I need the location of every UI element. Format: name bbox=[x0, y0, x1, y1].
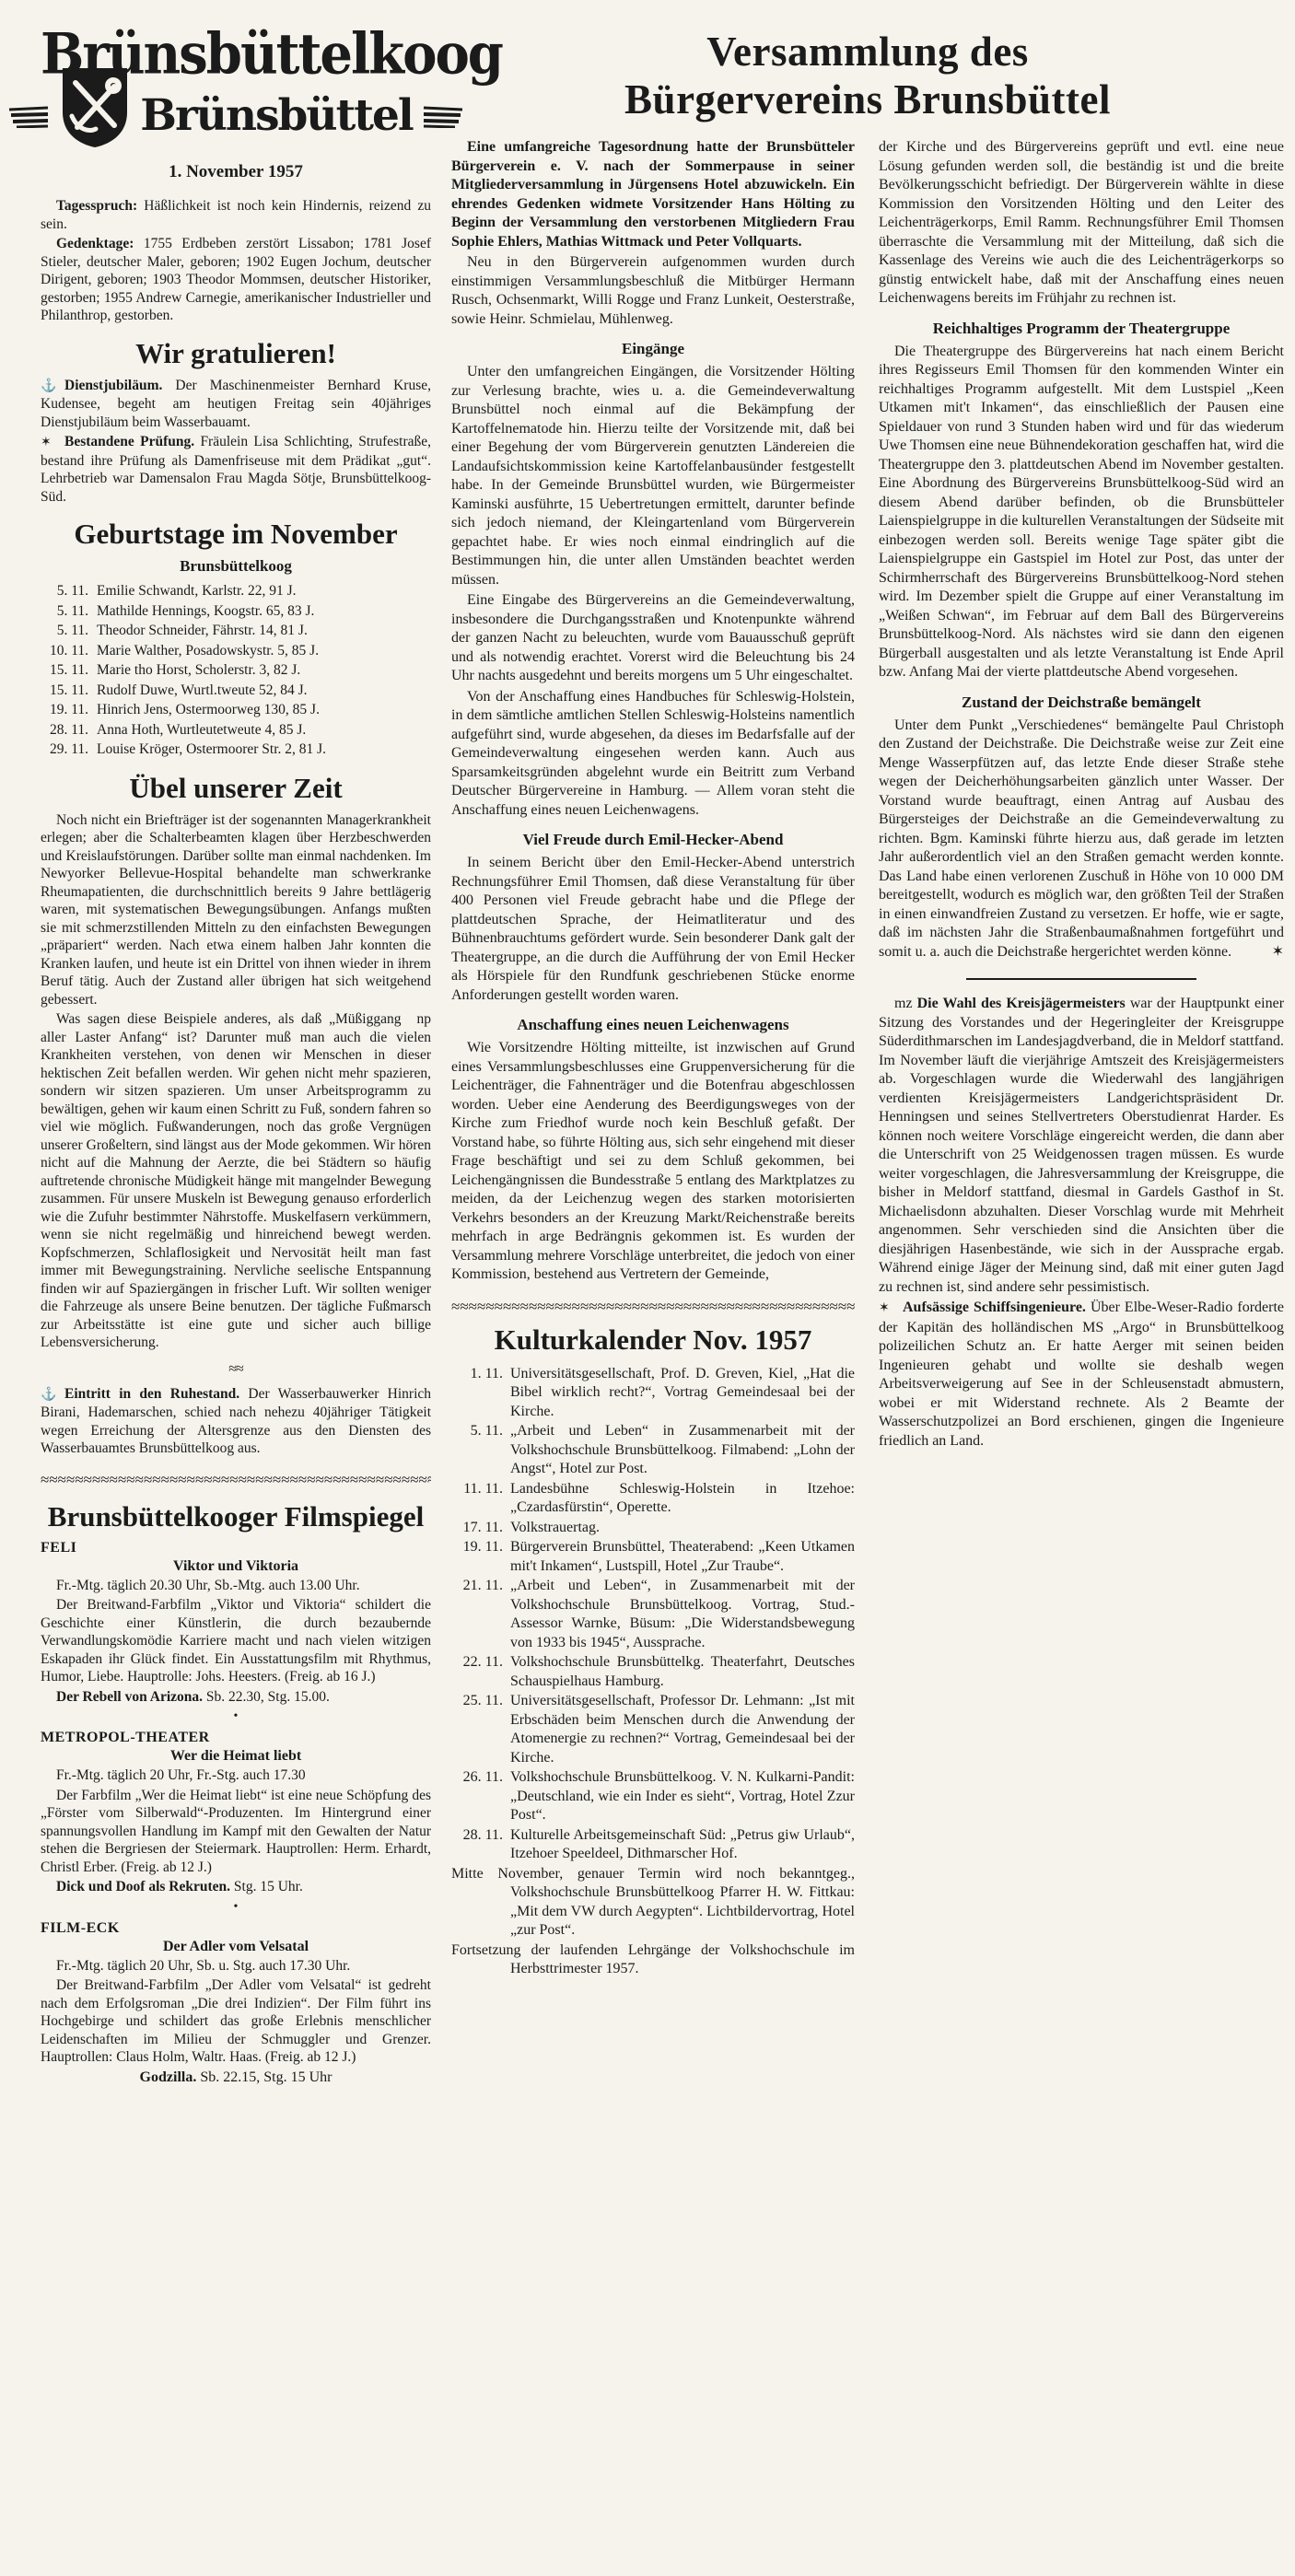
subheading-theatergruppe: Reichhaltiges Programm der Theatergruppe bbox=[879, 320, 1284, 338]
uebel-text: Was sagen diese Beispiele anderes, als d… bbox=[41, 1011, 431, 1350]
kultur-date: 1. 11. bbox=[451, 1365, 510, 1422]
kultur-text: „Arbeit und Leben“, in Zusammenarbeit mi… bbox=[510, 1577, 855, 1652]
left-column: Brünsbüttelkoog bbox=[41, 28, 431, 2576]
geburtstage-heading: Geburtstage im November bbox=[41, 519, 431, 550]
kultur-text: „Arbeit und Leben“ in Zusammenarbeit mit… bbox=[510, 1422, 855, 1479]
kultur-date: 26. 11. bbox=[451, 1768, 510, 1825]
film-description: Der Farbfilm „Wer die Heimat liebt“ ist … bbox=[41, 1787, 431, 1877]
article-lead: Eine umfangreiche Tagesordnung hatte der… bbox=[451, 138, 855, 251]
birthday-row: 29. 11.Louise Kröger, Ostermoorer Str. 2… bbox=[41, 740, 431, 760]
deich-text: Unter dem Punkt „Verschiedenes“ bemängel… bbox=[879, 717, 1284, 960]
article-paragraph: Neu in den Bürgerverein aufgenommen wurd… bbox=[451, 253, 855, 329]
film-extra: Godzilla. Sb. 22.15, Stg. 15 Uhr bbox=[41, 2069, 431, 2087]
anchor-icon: ⚓ bbox=[41, 378, 64, 396]
subheading-deichstrasse: Zustand der Deichstraße bemängelt bbox=[879, 694, 1284, 712]
film-extra: Dick und Doof als Rekruten. Stg. 15 Uhr. bbox=[41, 1878, 431, 1896]
star-icon: ✶ bbox=[879, 1300, 903, 1319]
masthead-title-bottom: Brünsbüttel bbox=[140, 93, 413, 139]
birthday-row: 5. 11.Theodor Schneider, Fährstr. 14, 81… bbox=[41, 621, 431, 641]
uebel-paragraph: npWas sagen diese Beispiele anderes, als… bbox=[41, 1010, 431, 1352]
article-prefix: mz bbox=[894, 996, 913, 1011]
extra-film-title: Der Rebell von Arizona. bbox=[56, 1689, 203, 1705]
birthday-text: Rudolf Duwe, Wurtl.tweute 52, 84 J. bbox=[97, 681, 431, 701]
cinema-name: METROPOL-THEATER bbox=[41, 1730, 431, 1746]
kultur-date: 19. 11. bbox=[451, 1538, 510, 1576]
kultur-extra-entry: Mitte November, genauer Termin wird noch… bbox=[451, 1865, 855, 1941]
film-title: Wer die Heimat liebt bbox=[41, 1748, 431, 1765]
kultur-date: 11. 11. bbox=[451, 1480, 510, 1518]
jaeger-article: mz Die Wahl des Kreisjägermeisters war d… bbox=[879, 995, 1284, 1297]
birthday-text: Hinrich Jens, Ostermoorweg 130, 85 J. bbox=[97, 700, 431, 720]
cinema-name: FILM-ECK bbox=[41, 1920, 431, 1937]
gratulieren-item: ✶Bestandene Prüfung. Fräulein Lisa Schli… bbox=[41, 433, 431, 506]
article-paragraph: Von der Anschaffung eines Handbuches für… bbox=[451, 688, 855, 821]
masthead-row: Brünsbüttel bbox=[41, 83, 431, 149]
kultur-entry: 22. 11.Volkshochschule Brunsbüttelkg. Th… bbox=[451, 1653, 855, 1691]
issue-date: 1. November 1957 bbox=[41, 162, 431, 182]
birthday-text: Anna Hoth, Wurtleutetweute 4, 85 J. bbox=[97, 720, 431, 740]
tagesspruch: Tagesspruch: Häßlichkeit ist noch kein H… bbox=[41, 197, 431, 233]
film-description: Der Breitwand-Farbfilm „Viktor und Vikto… bbox=[41, 1596, 431, 1686]
birthday-date: 15. 11. bbox=[41, 681, 97, 701]
right-column: der Kirche und des Bürgervereins geprüft… bbox=[879, 138, 1284, 1980]
birthday-row: 19. 11.Hinrich Jens, Ostermoorweg 130, 8… bbox=[41, 700, 431, 720]
ruhestand-item: ⚓Eintritt in den Ruhestand. Der Wasserba… bbox=[41, 1385, 431, 1458]
gedenktage: Gedenktage: 1755 Erdbeben zerstört Lissa… bbox=[41, 235, 431, 325]
birthday-date: 5. 11. bbox=[41, 601, 97, 622]
subheading-leichenwagen: Anschaffung eines neuen Leichenwagens bbox=[451, 1016, 855, 1034]
birthday-date: 19. 11. bbox=[41, 700, 97, 720]
kultur-entry: 28. 11.Kulturelle Arbeitsgemeinschaft Sü… bbox=[451, 1826, 855, 1864]
kultur-date: 22. 11. bbox=[451, 1653, 510, 1691]
dot-separator: • bbox=[41, 1900, 431, 1915]
article-paragraph: Unter dem Punkt „Verschiedenes“ bemängel… bbox=[879, 717, 1284, 962]
film-title: Viktor und Viktoria bbox=[41, 1558, 431, 1575]
kultur-text: Bürgerverein Brunsbüttel, Theaterabend: … bbox=[510, 1538, 855, 1576]
item-label: Eintritt in den Ruhestand. bbox=[64, 1386, 239, 1402]
subheading-eingaenge: Eingänge bbox=[451, 340, 855, 358]
kultur-entry: 25. 11.Universitätsgesellschaft, Profess… bbox=[451, 1692, 855, 1767]
geburtstage-subheading: Brunsbüttelkoog bbox=[41, 557, 431, 576]
gedenktage-label: Gedenktage: bbox=[56, 236, 134, 251]
film-description: Der Breitwand-Farbfilm „Der Adler vom Ve… bbox=[41, 1976, 431, 2067]
uebel-paragraph: Noch nicht ein Briefträger ist der sogen… bbox=[41, 811, 431, 1009]
cinema-name: FELI bbox=[41, 1540, 431, 1556]
kultur-date: 5. 11. bbox=[451, 1422, 510, 1479]
kultur-text: Universitätsgesellschaft, Professor Dr. … bbox=[510, 1692, 855, 1767]
main-article-area: Versammlung des Bürgervereins Brunsbütte… bbox=[451, 28, 1284, 2576]
film-times: Fr.-Mtg. täglich 20 Uhr, Sb. u. Stg. auc… bbox=[41, 1957, 431, 1976]
birthday-row: 15. 11.Marie tho Horst, Scholerstr. 3, 8… bbox=[41, 660, 431, 681]
birthday-row: 15. 11.Rudolf Duwe, Wurtl.tweute 52, 84 … bbox=[41, 681, 431, 701]
birthday-row: 5. 11.Mathilde Hennings, Koogstr. 65, 83… bbox=[41, 601, 431, 622]
birthday-text: Mathilde Hennings, Koogstr. 65, 83 J. bbox=[97, 601, 431, 622]
kultur-date: 21. 11. bbox=[451, 1577, 510, 1652]
article-text: Über Elbe-Weser-Radio forderte der Kapit… bbox=[879, 1300, 1284, 1449]
birthday-row: 10. 11.Marie Walther, Posadowskystr. 5, … bbox=[41, 641, 431, 661]
author-signature: np bbox=[402, 1010, 432, 1029]
cinema-block: METROPOL-THEATER Wer die Heimat liebt Fr… bbox=[41, 1730, 431, 1896]
article-text: war der Hauptpunkt einer Sitzung des Vor… bbox=[879, 996, 1284, 1295]
extra-film-times: Stg. 15 Uhr. bbox=[234, 1879, 303, 1894]
section-rule bbox=[966, 978, 1196, 980]
extra-film-times: Sb. 22.30, Stg. 15.00. bbox=[206, 1689, 330, 1705]
item-label: Dienstjubiläum. bbox=[64, 378, 162, 393]
kultur-extra-entry: Fortsetzung der laufenden Lehrgänge der … bbox=[451, 1941, 855, 1979]
article-title: Die Wahl des Kreisjägermeisters bbox=[917, 996, 1126, 1011]
birthday-date: 15. 11. bbox=[41, 660, 97, 681]
article-title: Aufsässige Schiffsingenieure. bbox=[903, 1300, 1086, 1315]
kulturkalender-heading: Kulturkalender Nov. 1957 bbox=[451, 1324, 855, 1356]
film-times: Fr.-Mtg. täglich 20 Uhr, Fr.-Stg. auch 1… bbox=[41, 1766, 431, 1785]
masthead: Brünsbüttelkoog bbox=[41, 28, 431, 182]
rope-divider bbox=[41, 1471, 431, 1488]
extra-film-title: Godzilla. bbox=[140, 2069, 197, 2085]
kultur-text: Volkshochschule Brunsbüttelkg. Theaterfa… bbox=[510, 1653, 855, 1691]
kultur-date: 17. 11. bbox=[451, 1519, 510, 1538]
extra-film-title: Dick und Doof als Rekruten. bbox=[56, 1879, 230, 1894]
star-icon: ✶ bbox=[1256, 943, 1284, 962]
birthday-text: Louise Kröger, Ostermoorer Str. 2, 81 J. bbox=[97, 740, 431, 760]
rope-divider bbox=[451, 1298, 855, 1315]
uebel-heading: Übel unserer Zeit bbox=[41, 773, 431, 804]
birthday-text: Theodor Schneider, Fährstr. 14, 81 J. bbox=[97, 621, 431, 641]
article-paragraph-continuation: der Kirche und des Bürgervereins geprüft… bbox=[879, 138, 1284, 309]
film-times: Fr.-Mtg. täglich 20.30 Uhr, Sb.-Mtg. auc… bbox=[41, 1577, 431, 1595]
kultur-text: Landesbühne Schleswig-Holstein in Itzeho… bbox=[510, 1480, 855, 1518]
filmspiegel-heading: Brunsbüttelkooger Filmspiegel bbox=[41, 1501, 431, 1533]
kultur-entry: 1. 11.Universitätsgesellschaft, Prof. D.… bbox=[451, 1365, 855, 1422]
birthday-text: Emilie Schwandt, Karlstr. 22, 91 J. bbox=[97, 581, 431, 601]
kultur-entry: 26. 11.Volkshochschule Brunsbüttelkoog. … bbox=[451, 1768, 855, 1825]
masthead-title-top: Brünsbüttelkoog bbox=[41, 26, 431, 84]
kultur-entry: 5. 11.„Arbeit und Leben“ in Zusammenarbe… bbox=[451, 1422, 855, 1479]
birthday-date: 5. 11. bbox=[41, 621, 97, 641]
article-paragraph: Unter den umfangreichen Eingängen, die V… bbox=[451, 363, 855, 589]
film-extra: Der Rebell von Arizona. Sb. 22.30, Stg. … bbox=[41, 1688, 431, 1707]
gratulieren-item: ⚓Dienstjubiläum. Der Maschinenmeister Be… bbox=[41, 377, 431, 432]
kultur-text: Volkstrauertag. bbox=[510, 1519, 855, 1538]
birthday-date: 28. 11. bbox=[41, 720, 97, 740]
kultur-entry: 11. 11.Landesbühne Schleswig-Holstein in… bbox=[451, 1480, 855, 1518]
item-label: Bestandene Prüfung. bbox=[64, 434, 194, 449]
birthday-text: Marie tho Horst, Scholerstr. 3, 82 J. bbox=[97, 660, 431, 681]
kultur-entry: 17. 11.Volkstrauertag. bbox=[451, 1519, 855, 1538]
flourish-left-icon bbox=[7, 104, 50, 128]
headline-line2: Bürgervereins Brunsbüttel bbox=[451, 76, 1284, 123]
kultur-entry: 19. 11.Bürgerverein Brunsbüttel, Theater… bbox=[451, 1538, 855, 1576]
birthday-date: 29. 11. bbox=[41, 740, 97, 760]
schiff-article: ✶Aufsässige Schiffsingenieure. Über Elbe… bbox=[879, 1299, 1284, 1451]
newspaper-page: Brünsbüttelkoog bbox=[0, 0, 1295, 2576]
main-headline: Versammlung des Bürgervereins Brunsbütte… bbox=[451, 28, 1284, 123]
middle-column: Eine umfangreiche Tagesordnung hatte der… bbox=[451, 138, 855, 1980]
kultur-date: 28. 11. bbox=[451, 1826, 510, 1864]
birthday-date: 5. 11. bbox=[41, 581, 97, 601]
subheading-hecker: Viel Freude durch Emil-Hecker-Abend bbox=[451, 831, 855, 849]
anchor-icon: ⚓ bbox=[41, 1386, 64, 1405]
kultur-entry: 21. 11.„Arbeit und Leben“, in Zusammenar… bbox=[451, 1577, 855, 1652]
article-paragraph: Die Theatergruppe des Bürgervereins hat … bbox=[879, 343, 1284, 682]
kultur-date: 25. 11. bbox=[451, 1692, 510, 1767]
squiggle-divider bbox=[41, 1361, 431, 1378]
kultur-text: Universitätsgesellschaft, Prof. D. Greve… bbox=[510, 1365, 855, 1422]
cinema-block: FELI Viktor und Viktoria Fr.-Mtg. täglic… bbox=[41, 1540, 431, 1707]
article-paragraph: Wie Vorsitzendre Hölting mitteilte, ist … bbox=[451, 1039, 855, 1285]
birthday-text: Marie Walther, Posadowskystr. 5, 85 J. bbox=[97, 641, 431, 661]
kultur-text: Volkshochschule Brunsbüttelkoog. V. N. K… bbox=[510, 1768, 855, 1825]
article-paragraph: In seinem Bericht über den Emil-Hecker-A… bbox=[451, 854, 855, 1005]
gratulieren-heading: Wir gratulieren! bbox=[41, 338, 431, 369]
birthday-date: 10. 11. bbox=[41, 641, 97, 661]
film-title: Der Adler vom Velsatal bbox=[41, 1939, 431, 1955]
cinema-block: FILM-ECK Der Adler vom Velsatal Fr.-Mtg.… bbox=[41, 1920, 431, 2087]
star-icon: ✶ bbox=[41, 434, 64, 452]
dot-separator: • bbox=[41, 1709, 431, 1724]
extra-film-times: Sb. 22.15, Stg. 15 Uhr bbox=[200, 2069, 332, 2085]
tagesspruch-label: Tagesspruch: bbox=[56, 198, 137, 214]
birthday-row: 5. 11.Emilie Schwandt, Karlstr. 22, 91 J… bbox=[41, 581, 431, 601]
article-paragraph: Eine Eingabe des Bürgervereins an die Ge… bbox=[451, 591, 855, 686]
birthday-row: 28. 11.Anna Hoth, Wurtleutetweute 4, 85 … bbox=[41, 720, 431, 740]
headline-line1: Versammlung des bbox=[451, 28, 1284, 76]
kultur-text: Kulturelle Arbeitsgemeinschaft Süd: „Pet… bbox=[510, 1826, 855, 1864]
